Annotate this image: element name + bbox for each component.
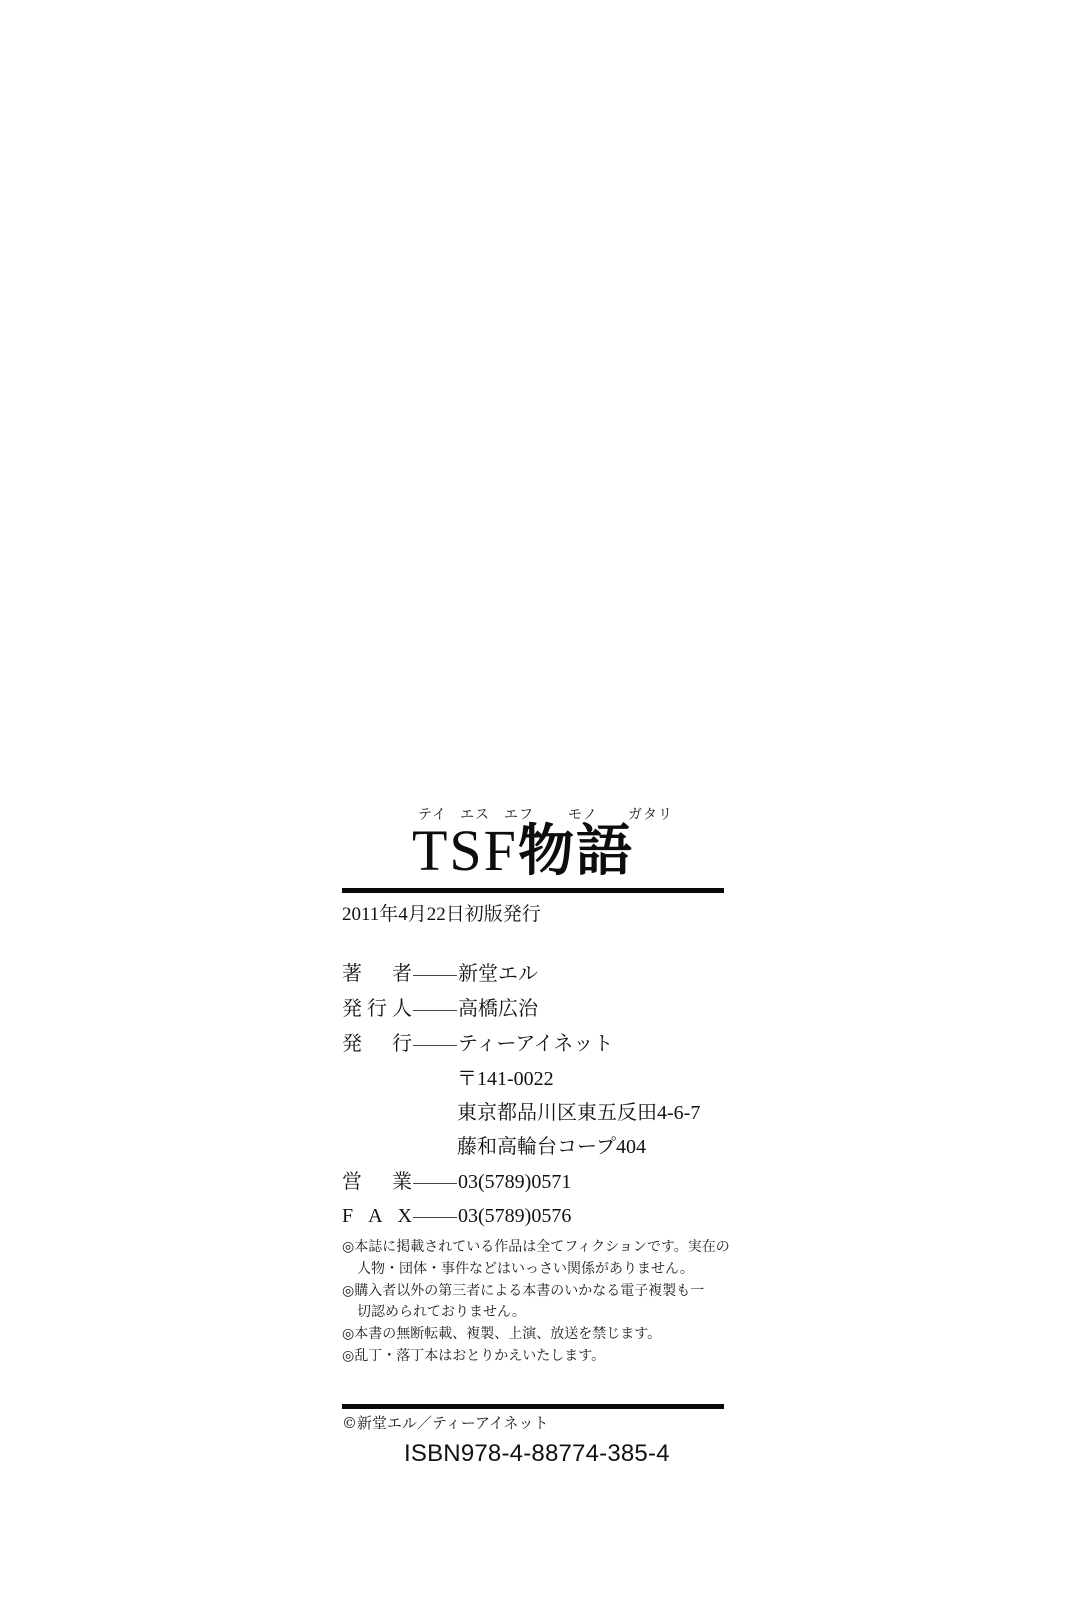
contact-value: 03(5789)0571 xyxy=(458,1169,571,1195)
address-line-2: 藤和高輪台コープ404 xyxy=(457,1134,646,1160)
contact-value: 03(5789)0576 xyxy=(458,1203,571,1229)
note-text: ◎本書の無断転載、複製、上演、放送を禁じます。 xyxy=(342,1326,661,1342)
contact-label: 営 業 xyxy=(342,1169,412,1195)
credit-row-publisher: 発 行 ティーアイネット xyxy=(342,1031,613,1057)
credit-value: 新堂エル xyxy=(458,961,538,987)
bottom-rule xyxy=(342,1404,724,1409)
book-title-kanji: 物語 xyxy=(518,818,634,884)
note-text-continued: 人物・団体・事件などはいっさい関係がありません。 xyxy=(342,1259,732,1281)
isbn: ISBN978-4-88774-385-4 xyxy=(404,1440,670,1468)
top-rule xyxy=(342,888,724,893)
note-text: ◎購入者以外の第三者による本書のいかなる電子複製も一 xyxy=(342,1283,704,1299)
leader-dash xyxy=(413,1183,457,1184)
note-fiction: ◎本誌に掲載されている作品は全てフィクションです。実在の 人物・団体・事件などは… xyxy=(342,1237,732,1281)
credit-value: ティーアイネット xyxy=(458,1031,613,1057)
credit-label: 発 行 xyxy=(342,1031,412,1057)
contact-label: F A X xyxy=(342,1203,412,1229)
credit-row-issuer: 発行人 高橋広治 xyxy=(342,996,538,1022)
contact-row-fax: F A X 03(5789)0576 xyxy=(342,1203,571,1229)
credit-label: 著 者 xyxy=(342,961,412,987)
note-text: ◎乱丁・落丁本はおとりかえいたします。 xyxy=(342,1348,605,1364)
copyright-line: ©新堂エル／ティーアイネット xyxy=(342,1412,549,1433)
book-title: TSF物語 xyxy=(412,818,634,884)
note-text: ◎本誌に掲載されている作品は全てフィクションです。実在の xyxy=(342,1239,730,1255)
note-text-continued: 切認められておりません。 xyxy=(342,1302,732,1324)
address-line-1: 東京都品川区東五反田4-6-7 xyxy=(457,1100,700,1126)
note-replacement: ◎乱丁・落丁本はおとりかえいたします。 xyxy=(342,1346,732,1368)
legal-notes: ◎本誌に掲載されている作品は全てフィクションです。実在の 人物・団体・事件などは… xyxy=(342,1237,732,1368)
contact-row-sales: 営 業 03(5789)0571 xyxy=(342,1169,571,1195)
credit-value: 高橋広治 xyxy=(458,996,538,1022)
leader-dash xyxy=(413,1217,457,1218)
edition-date: 2011年4月22日初版発行 xyxy=(342,899,541,926)
note-digital-copy: ◎購入者以外の第三者による本書のいかなる電子複製も一 切認められておりません。 xyxy=(342,1281,732,1325)
credit-row-author: 著 者 新堂エル xyxy=(342,961,538,987)
address-postal: 〒141-0022 xyxy=(457,1066,554,1092)
ruby-gatari: ガタリ xyxy=(628,804,673,824)
note-reproduction: ◎本書の無断転載、複製、上演、放送を禁じます。 xyxy=(342,1324,732,1346)
leader-dash xyxy=(413,1045,457,1046)
book-title-latin: TSF xyxy=(412,818,518,883)
credit-label: 発行人 xyxy=(342,996,412,1022)
leader-dash xyxy=(413,1010,457,1011)
leader-dash xyxy=(413,975,457,976)
